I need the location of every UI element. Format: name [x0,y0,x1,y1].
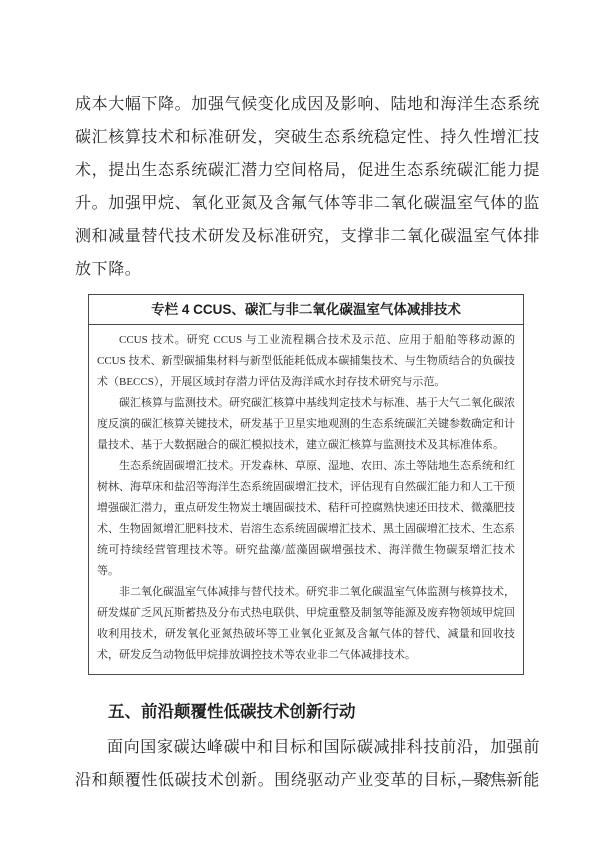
column-box-title: 专栏 4 CCUS、碳汇与非二氧化碳温室气体减排技术 [89,295,523,325]
column-box-body: CCUS 技术。研究 CCUS 与工业流程耦合技术及示范、应用于船舶等移动源的 … [89,325,523,674]
body-paragraph-continuation: 成本大幅下降。加强气候变化成因及影响、陆地和海洋生态系统碳汇核算技术和标准研发，… [75,88,540,286]
section-heading: 五、前沿颠覆性低碳技术创新行动 [75,699,540,725]
column-box-paragraph-ecosystem-sequestration: 生态系统固碳增汇技术。开发森林、草原、湿地、农田、冻土等陆地生态系统和红树林、海… [97,456,515,582]
column-box: 专栏 4 CCUS、碳汇与非二氧化碳温室气体减排技术 CCUS 技术。研究 CC… [88,294,524,675]
page-content: 成本大幅下降。加强气候变化成因及影响、陆地和海洋生态系统碳汇核算技术和标准研发，… [75,88,540,797]
document-page: 成本大幅下降。加强气候变化成因及影响、陆地和海洋生态系统碳汇核算技术和标准研发，… [0,0,613,853]
column-box-paragraph-non-co2-reduction: 非二氧化碳温室气体减排与替代技术。研究非二氧化碳温室气体监测与核算技术，研发煤矿… [97,582,515,666]
column-box-paragraph-ccus: CCUS 技术。研究 CCUS 与工业流程耦合技术及示范、应用于船舶等移动源的 … [97,330,515,393]
page-number: — 7 — [462,772,517,789]
column-box-paragraph-carbon-sink-accounting: 碳汇核算与监测技术。研究碳汇核算中基线判定技术与标准、基于大气二氧化碳浓度反演的… [97,393,515,456]
